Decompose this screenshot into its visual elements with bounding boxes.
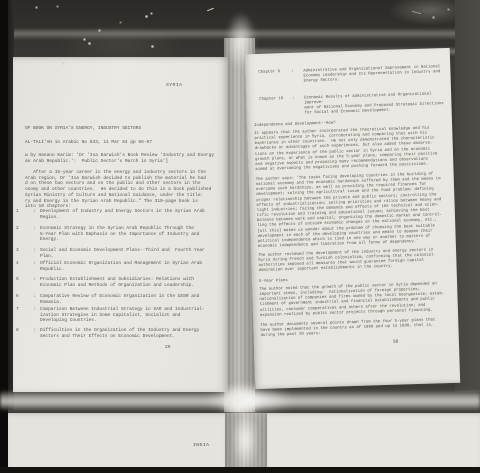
chapter-text: Comparison Between Industrial Strategy i… <box>40 307 220 324</box>
intro-paragraph: After a 15-year career in the energy and… <box>25 170 223 210</box>
chapter-separator: : <box>33 277 40 288</box>
chapter-separator: : <box>33 248 40 259</box>
chapter-number: 1 <box>16 209 33 220</box>
article-title: OF BOOK ON SYRIA'S ENERGY, INDUSTRY SECT… <box>25 126 223 132</box>
chapter-text: Comparative Review of Economic Organizat… <box>40 294 220 305</box>
chapter-separator: : <box>33 307 40 324</box>
chapter-text: Official Economic Organization and Manag… <box>40 261 220 272</box>
chapter-separator: : <box>33 294 40 305</box>
country-header: SYRIA <box>166 83 182 88</box>
right-page: Chapter 9:Administrative and Organizatio… <box>245 48 460 389</box>
chapter-list-item: 6:Comparative Review of Economic Organiz… <box>16 294 223 305</box>
next-frame-right-page <box>267 413 480 467</box>
chapter-label: Chapter 9 <box>258 70 291 86</box>
body-paragraph: The author reviewed the development of t… <box>258 248 451 275</box>
body-paragraph: The author noted that the growth of the … <box>259 282 452 319</box>
page-number: 29 <box>165 345 171 350</box>
chapter-text: Economic Strategy in the Syrian Arab Rep… <box>40 226 220 243</box>
body-paragraph: The author documents several points draw… <box>260 318 452 339</box>
film-right-margin <box>455 0 480 392</box>
chapter-list-item: 4:Official Economic Organization and Man… <box>16 261 223 272</box>
film-bottom-border <box>0 467 480 473</box>
chapter-list-item: Chapter 9:Administrative and Organizatio… <box>258 65 446 86</box>
next-frame-gutter-glare <box>232 413 258 467</box>
country-header-next: INDIA <box>193 443 209 448</box>
source-line: AL-TALI'AH in Arabic No 833, 14 Mar 84 p… <box>25 140 223 146</box>
chapter-text: Production Establishment and Subsidiarie… <box>40 277 220 288</box>
chapter-list-item: 8:Difficulties in the Organization of th… <box>16 328 223 339</box>
chapter-text: Economic Results of Administrative and O… <box>304 92 448 117</box>
chapter-number: 7 <box>16 307 33 324</box>
chapter-list-item: 7:Comparison Between Industrial Strategy… <box>16 307 223 324</box>
page-number: 30 <box>393 340 399 345</box>
chapter-text: Difficulties in the Organization of the … <box>40 328 220 339</box>
film-dust-speckles <box>0 0 1 1</box>
film-glare-spot <box>205 386 295 414</box>
chapter-separator: : <box>33 328 40 339</box>
chapter-separator: : <box>33 209 40 220</box>
chapter-list-item: 3:Social and Economic Development Plans-… <box>16 248 223 259</box>
chapter-number: 3 <box>16 248 33 259</box>
chapter-list-item: 2:Economic Strategy in the Syrian Arab R… <box>16 226 223 243</box>
body-paragraph: The author says: 'The tasks facing devel… <box>256 172 450 250</box>
chapter-separator: : <box>33 261 40 272</box>
left-page: SYRIA OF BOOK ON SYRIA'S ENERGY, INDUSTR… <box>13 57 228 392</box>
chapter-text: Administrative and Organizational Improv… <box>303 65 446 85</box>
microfilm-frame: SYRIA OF BOOK ON SYRIA'S ENERGY, INDUSTR… <box>0 0 480 473</box>
review-attribution: w by Hanano Karim: 'Dr 'Isa Darwish's Bo… <box>25 153 223 164</box>
chapter-number: 2 <box>16 226 33 243</box>
chapter-text: Development of Industry and Energy Secto… <box>40 209 220 220</box>
chapter-list-item: Chapter 10:Economic Results of Administr… <box>259 92 448 119</box>
chapter-label: Chapter 10 <box>259 97 293 119</box>
chapter-number: 6 <box>16 294 33 305</box>
body-paragraph: It appears that the author incorporated … <box>254 126 447 173</box>
chapter-number: 5 <box>16 277 33 288</box>
chapter-text: Social and Economic Development Plans--T… <box>40 248 220 259</box>
chapter-separator: : <box>292 96 305 117</box>
chapter-number: 4 <box>16 261 33 272</box>
chapter-separator: : <box>33 226 40 243</box>
chapter-separator: : <box>291 69 303 85</box>
chapter-number: 8 <box>16 328 33 339</box>
chapter-list-item: 1:Development of Industry and Energy Sec… <box>16 209 223 220</box>
chapter-list-item: 5:Production Establishment and Subsidiar… <box>16 277 223 288</box>
next-frame-left-page: INDIA <box>8 413 225 467</box>
